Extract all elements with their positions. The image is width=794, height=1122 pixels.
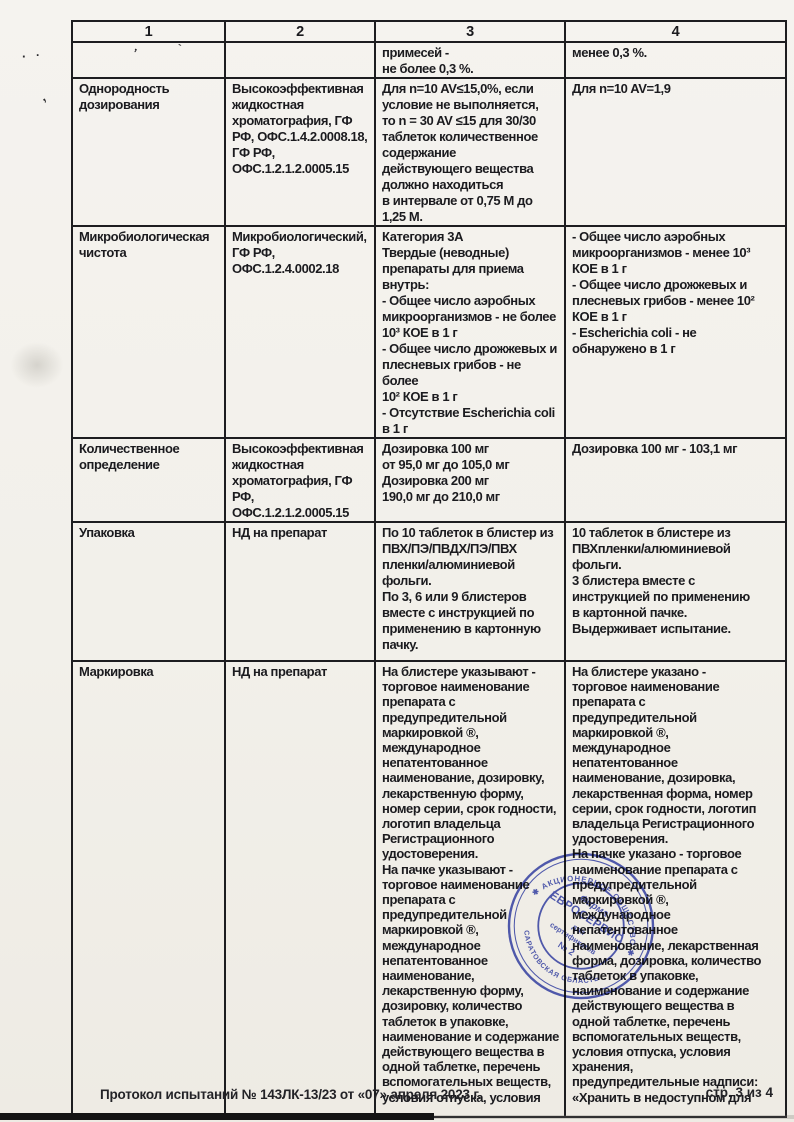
table-row-assay: Количественное определение Высокоэффекти…	[72, 438, 786, 522]
cell-result: Для n=10 AV=1,9	[565, 78, 786, 226]
cell-requirement: Дозировка 100 мг от 95,0 мг до 105,0 мг …	[375, 438, 565, 522]
cell-method: НД на препарат	[225, 661, 375, 1117]
column-number-4: 4	[565, 21, 786, 42]
column-number-2: 2	[225, 21, 375, 42]
cell-result: - Общее число аэробных микроорганизмов -…	[565, 226, 786, 438]
cell-requirement: На блистере указывают - торговое наимено…	[375, 661, 565, 1117]
table-row-labeling: Маркировка НД на препарат На блистере ук…	[72, 661, 786, 1117]
column-number-1: 1	[72, 21, 225, 42]
footer-protocol-number: Протокол испытаний № 143ЛК-13/23 от «07»…	[100, 1087, 481, 1102]
table-row-continuation: примесей - не более 0,3 %. менее 0,3 %.	[72, 42, 786, 78]
table-row-uniformity: Однородность дозирования Высокоэффективн…	[72, 78, 786, 226]
test-protocol-table: 1 2 3 4 примесей - не более 0,3 %. менее…	[71, 20, 787, 1118]
cell-result: На блистере указано - торговое наименова…	[565, 661, 786, 1117]
cell-indicator: Маркировка	[72, 661, 225, 1117]
cell-requirement: По 10 таблеток в блистер из ПВХ/ПЭ/ПВДХ/…	[375, 522, 565, 661]
cell-result: Дозировка 100 мг - 103,1 мг	[565, 438, 786, 522]
cell-indicator: Однородность дозирования	[72, 78, 225, 226]
table-header-row: 1 2 3 4	[72, 21, 786, 42]
cell-method: Высокоэффективная жидкостная хроматограф…	[225, 78, 375, 226]
cell-indicator: Микробиологическая чистота	[72, 226, 225, 438]
pen-mark: ,	[38, 89, 48, 104]
cell-indicator: Упаковка	[72, 522, 225, 661]
scan-smudge	[0, 333, 74, 397]
cell-method: Высокоэффективная жидкостная хроматограф…	[225, 438, 375, 522]
pen-mark: ·	[22, 49, 26, 64]
cell-method: НД на препарат	[225, 522, 375, 661]
scan-edge-artifact-light	[434, 1115, 794, 1119]
cell-result: менее 0,3 %.	[565, 42, 786, 78]
column-number-3: 3	[375, 21, 565, 42]
scan-edge-artifact	[0, 1113, 434, 1120]
cell-requirement: Для n=10 AV≤15,0%, если условие не выпол…	[375, 78, 565, 226]
cell-indicator	[72, 42, 225, 78]
table-row-microbiology: Микробиологическая чистота Микробиологич…	[72, 226, 786, 438]
cell-method	[225, 42, 375, 78]
table-row-packaging: Упаковка НД на препарат По 10 таблеток в…	[72, 522, 786, 661]
cell-result: 10 таблеток в блистере из ПВХпленки/алюм…	[565, 522, 786, 661]
cell-indicator: Количественное определение	[72, 438, 225, 522]
cell-requirement: примесей - не более 0,3 %.	[375, 42, 565, 78]
cell-requirement: Категория 3А Твердые (неводные) препарат…	[375, 226, 565, 438]
cell-method: Микробиологический, ГФ РФ, ОФС.1.2.4.000…	[225, 226, 375, 438]
pen-mark: ·	[36, 48, 40, 62]
scanned-document-page: ʼ ` · · , 1 2 3 4 примесей - не более 0,…	[0, 0, 794, 1122]
footer-page-number: стр. 3 из 4	[706, 1085, 773, 1100]
